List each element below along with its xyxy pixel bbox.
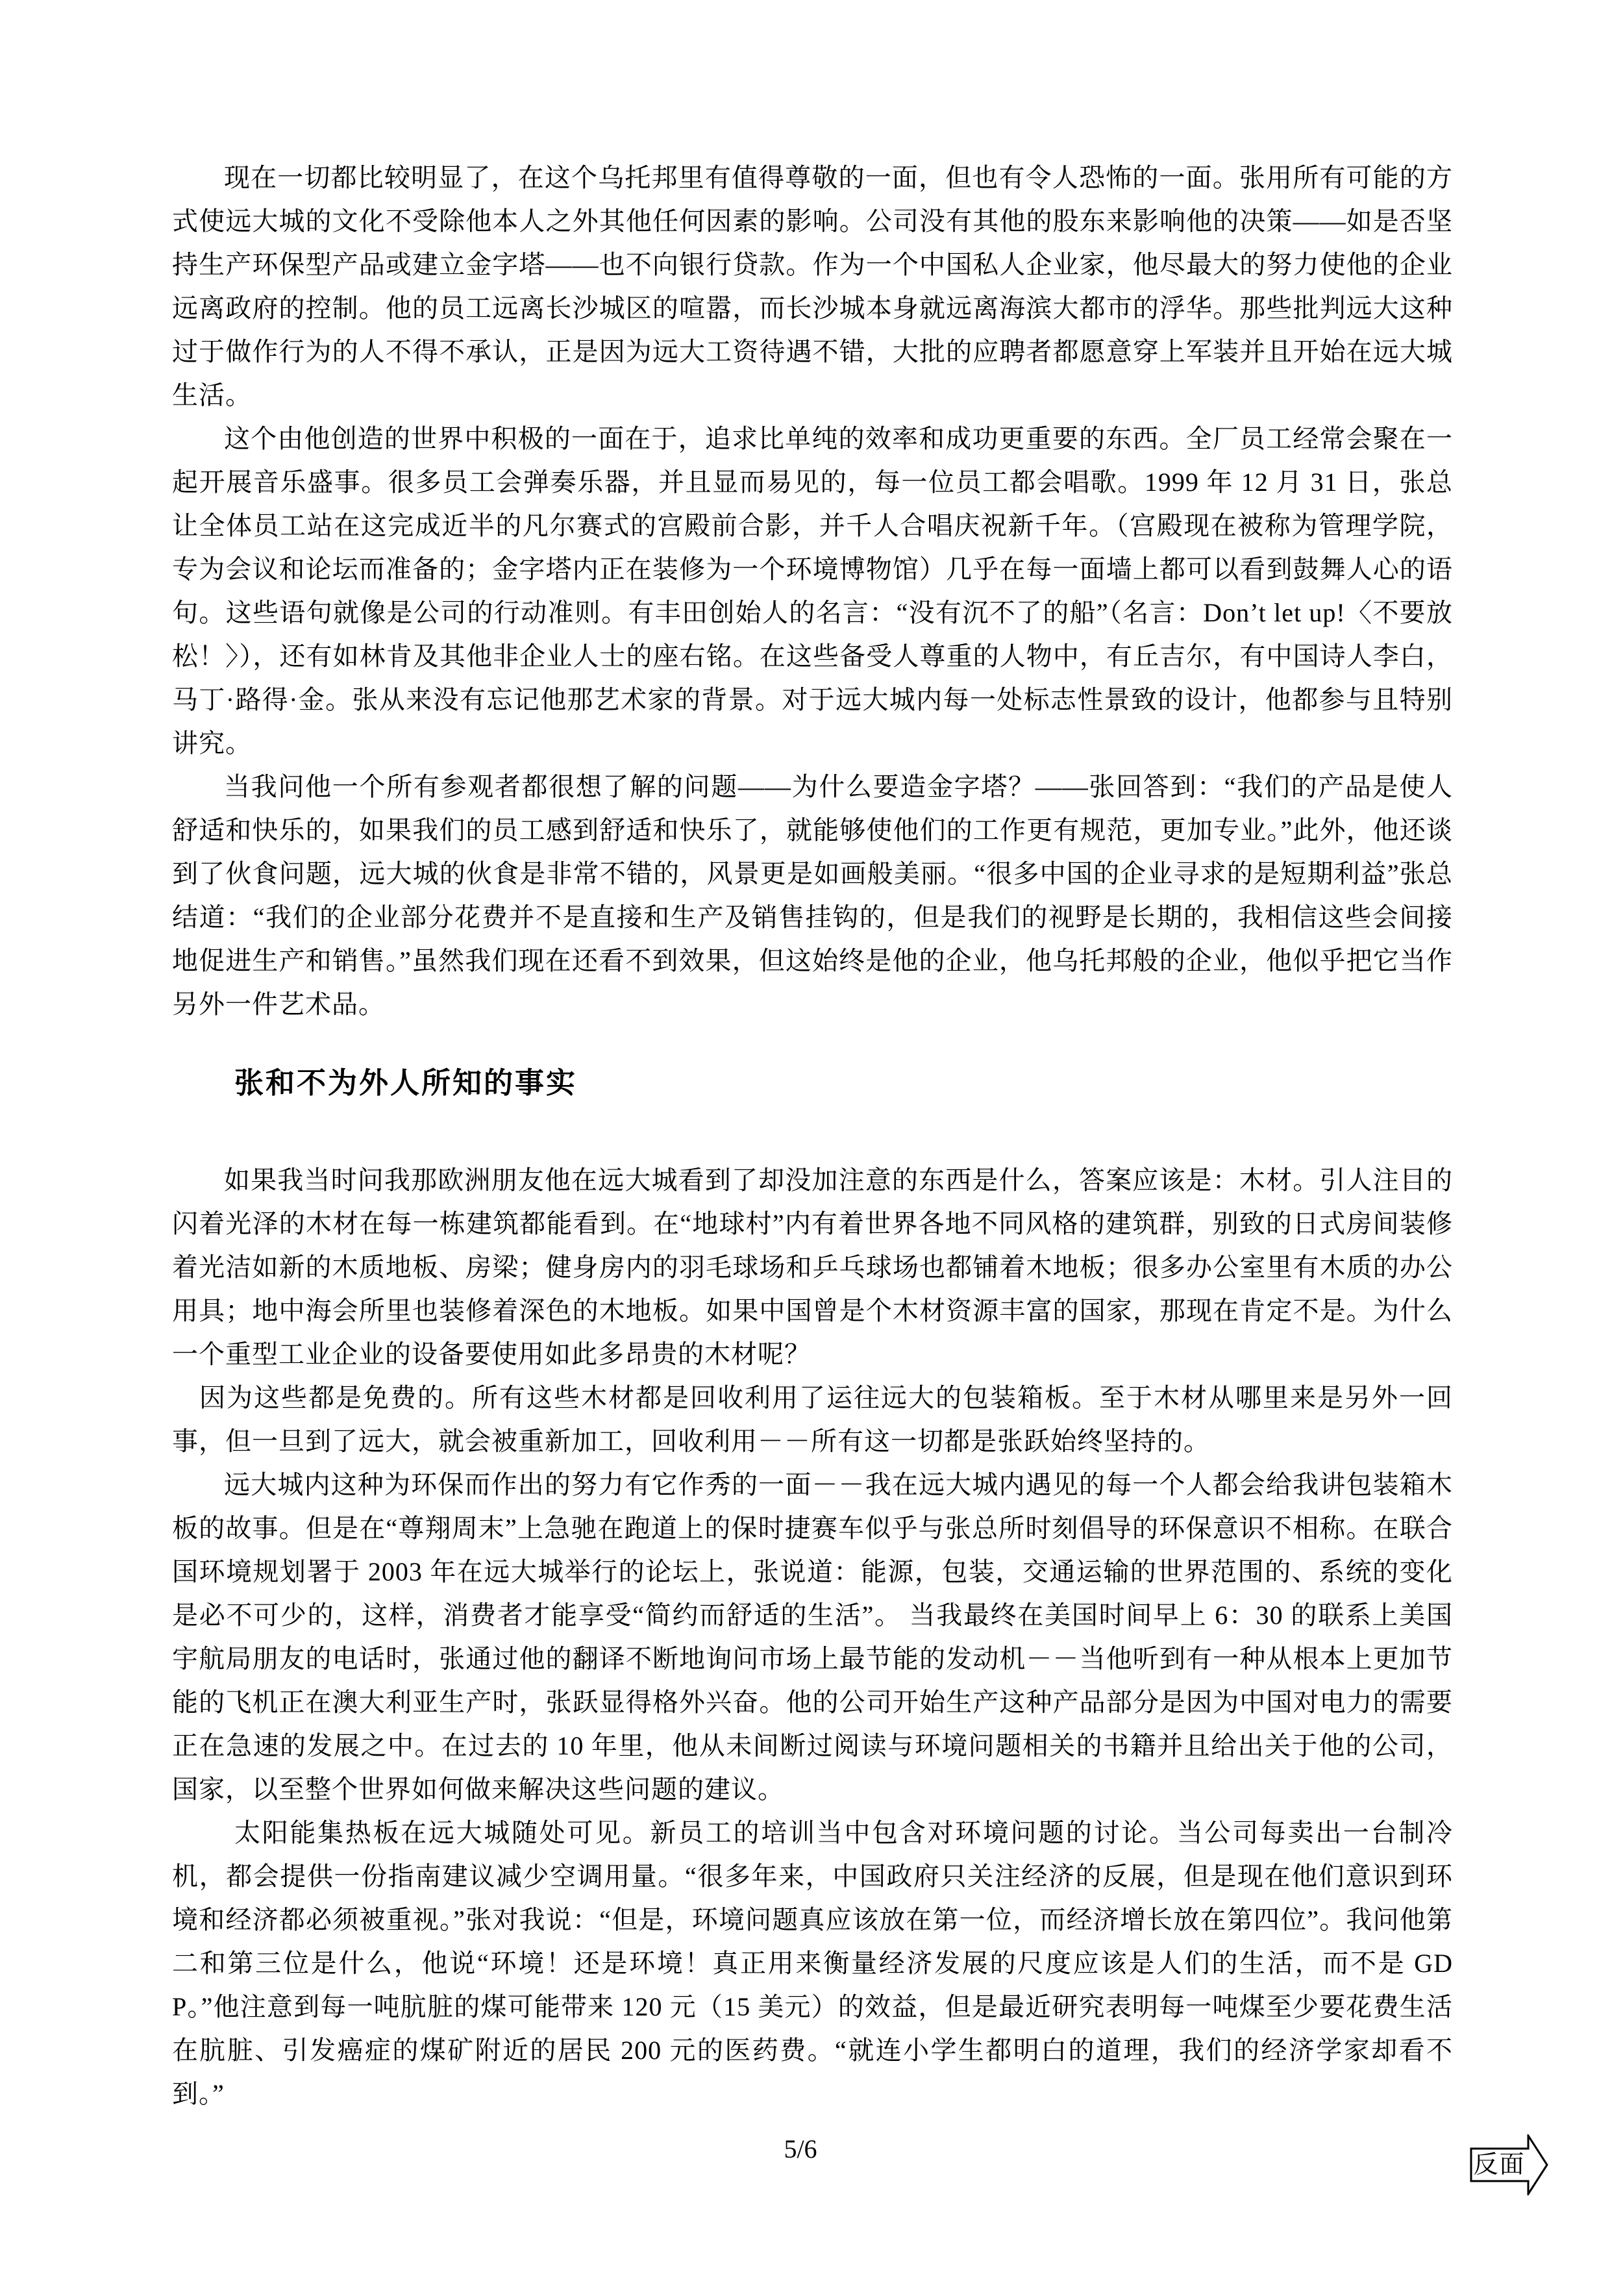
paragraph-1: 现在一切都比较明显了，在这个乌托邦里有值得尊敬的一面，但也有令人恐怖的一面。张用… — [172, 156, 1453, 417]
back-page-label: 反面 — [1470, 2152, 1529, 2178]
paragraph-5: 因为这些都是免费的。所有这些木材都是回收利用了运往远大的包装箱板。至于木材从哪里… — [172, 1376, 1453, 1463]
document-page: 现在一切都比较明显了，在这个乌托邦里有值得尊敬的一面，但也有令人恐怖的一面。张用… — [0, 0, 1623, 2296]
back-page-button[interactable]: 反面 — [1470, 2134, 1549, 2195]
paragraph-3: 当我问他一个所有参观者都很想了解的问题——为什么要造金字塔？——张回答到：“我们… — [172, 765, 1453, 1026]
paragraph-6: 远大城内这种为环保而作出的努力有它作秀的一面－－我在远大城内遇见的每一个人都会给… — [172, 1463, 1453, 1811]
document-body: 现在一切都比较明显了，在这个乌托邦里有值得尊敬的一面，但也有令人恐怖的一面。张用… — [172, 156, 1453, 2115]
page-number: 5/6 — [0, 2135, 1601, 2164]
paragraph-4: 如果我当时问我那欧洲朋友他在远大城看到了却没加注意的东西是什么，答案应该是：木材… — [172, 1158, 1453, 1376]
paragraph-7: 太阳能集热板在远大城随处可见。新员工的培训当中包含对环境问题的讨论。当公司每卖出… — [172, 1811, 1453, 2115]
section-heading: 张和不为外人所知的事实 — [172, 1066, 1453, 1100]
paragraph-2: 这个由他创造的世界中积极的一面在于，追求比单纯的效率和成功更重要的东西。全厂员工… — [172, 417, 1453, 765]
